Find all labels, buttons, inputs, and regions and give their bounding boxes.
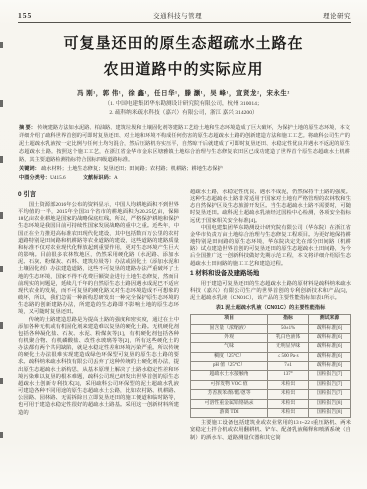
table-cell: 疏科标准[6] xyxy=(308,333,350,342)
classification-line: 中图分类号：U415.6 文献标识码：A xyxy=(19,174,350,182)
affiliation-line: （1. 中国电建集团华东勘测设计研究院有限公司，杭州 310014； xyxy=(0,100,367,109)
affiliations: （1. 中国电建集团华东勘测设计研究院有限公司，杭州 310014； 2. 疏科… xyxy=(0,100,367,117)
table-row: 气味无明显异味疏科标准[6] xyxy=(191,343,351,352)
table-body: 固含量（浓缩液）50±1%疏科标准[6]外观乳白色液体疏科标准[6]气味无明显异… xyxy=(191,324,351,418)
table-row: 稠度（25℃）≤ 500 Pa·s疏科标准[6] xyxy=(191,352,351,361)
clc-label: 中图分类号： xyxy=(19,175,50,181)
table-cell: 可溶性重金属铅铬镉汞 xyxy=(191,399,268,408)
table-cell: ≤ 500 Pa·s xyxy=(268,352,309,361)
table-cell: 50±1% xyxy=(268,324,309,333)
table-cell: 疏科标准[6] xyxy=(308,352,350,361)
table-cell: 国检报告[7] xyxy=(308,390,350,399)
table-header-cell: 项目 xyxy=(191,315,268,324)
table-cell: 气味 xyxy=(191,343,268,352)
table-1-caption: 表1 泥土超疏水乳液（CN01C）的主要性能指标 xyxy=(190,305,351,312)
doc-code-label: 文献标识码： xyxy=(83,175,114,181)
table-1: 项目 指标 测试来源 固含量（浓缩液）50±1%疏科标准[6]外观乳白色液体疏科… xyxy=(190,314,351,418)
table-cell: 疏科标准[6] xyxy=(308,362,350,371)
table-header-cell: 指标 xyxy=(268,315,309,324)
table-cell: 国检报告[7] xyxy=(308,371,350,380)
scan-artifact xyxy=(0,378,3,384)
paragraph: 国土资源部2016年公布的资料显示，中国人均耕地面积不到世界平均值的一半，201… xyxy=(18,202,179,317)
abstract-label: 摘 要： xyxy=(19,125,36,131)
table-cell: 可挥发物 VOC 值 xyxy=(191,380,268,389)
keywords-text: 疏水材料；土地生态修复；复垦还田；田间路；农村路；机耕路；耕地生态保护 xyxy=(41,166,223,172)
table-cell: 稠度（25℃） xyxy=(191,352,268,361)
abstract-text: 传统建路方法如水泥路、柏油路、建筑垃圾和土壤固化剂等建路工艺给土地和生态环境造成… xyxy=(19,125,350,163)
scan-artifact xyxy=(0,42,3,48)
table-cell: 游离 TDI xyxy=(191,408,268,417)
table-header-row: 项目 指标 测试来源 xyxy=(191,315,351,324)
clc-number: 中图分类号：U415.6 xyxy=(19,175,67,181)
table-cell: 国检报告[8] xyxy=(308,399,350,408)
table-row: 游离 TDI未检出国检报告[8] xyxy=(191,408,351,417)
running-head: 155 交通科技与管理 理论研究 xyxy=(18,11,351,23)
right-column: 超疏水土路，水稳定性优良、遇水不成泥，仍然保持干土路的强度。这种生态超疏水土路非… xyxy=(190,189,351,461)
scan-artifact xyxy=(0,212,3,219)
table-row: 超疏水土水接触角137°国检报告[7] xyxy=(191,371,351,380)
table-cell: pH 值（25℃） xyxy=(191,362,268,371)
table-cell: 外观 xyxy=(191,333,268,342)
page-number: 155 xyxy=(18,11,32,20)
table-cell: 芳香族苯/酚/醛/蒽等 xyxy=(191,390,268,399)
paragraph: 超疏水土路，水稳定性优良、遇水不成泥，仍然保持干土路的强度。这种生态超疏水土路非… xyxy=(190,189,351,225)
table-cell: 乳白色液体 xyxy=(268,333,309,342)
section-label: 理论研究 xyxy=(323,11,351,20)
table-cell: 137° xyxy=(268,371,309,380)
table-cell: 未检出 xyxy=(268,380,309,389)
body-columns: 0 引言 国土资源部2016年公布的资料显示，中国人均耕地面积不到世界平均值的一… xyxy=(18,189,351,461)
table-cell: 超疏水土水接触角 xyxy=(191,371,268,380)
table-row: 芳香族苯/酚/醛/蒽等未检出国检报告[7] xyxy=(191,390,351,399)
article-title-line2: 农田道路中的实际应用 xyxy=(0,58,367,79)
scan-artifact xyxy=(0,156,3,163)
table-cell: 国检报告[8] xyxy=(308,408,350,417)
abstract: 摘 要： 传统建路方法如水泥路、柏油路、建筑垃圾和土壤固化剂等建路工艺给土地和生… xyxy=(19,124,350,164)
table-row: 可挥发物 VOC 值未检出国检报告[7] xyxy=(191,380,351,389)
table-cell: 疏科标准[6] xyxy=(308,324,350,333)
doc-code: 文献标识码：A xyxy=(83,175,118,181)
affiliation-line: 2. 疏科纳米疏水科技（嘉兴）有限公司，浙江 嘉兴 314200） xyxy=(0,109,367,118)
journal-title: 交通科技与管理 xyxy=(153,11,202,20)
scan-artifact xyxy=(0,432,3,438)
keywords: 关键词： 疏水材料；土地生态修复；复垦还田；田间路；农村路；机耕路；耕地生态保护 xyxy=(19,165,350,173)
table-cell: 疏科标准[6] xyxy=(308,343,350,352)
article-title-line1: 可复垦还田的原生态超疏水土路在 xyxy=(0,32,367,53)
table-cell: 未检出 xyxy=(268,399,309,408)
left-column: 0 引言 国土资源部2016年公布的资料显示，中国人均耕地面积不到世界平均值的一… xyxy=(18,189,179,461)
paragraph: 用于建造可复垦还田的生态超疏水土路的原材料是疏科纳米疏水科技（嘉兴）有限公司生产… xyxy=(190,281,351,302)
doc-code-value: A xyxy=(114,175,118,181)
table-row: 可溶性重金属铅铬镉汞未检出国检报告[8] xyxy=(191,399,351,408)
clc-value: U415.6 xyxy=(50,175,65,181)
table-cell: 固含量（浓缩液） xyxy=(191,324,268,333)
scan-artifact xyxy=(0,100,3,107)
table-cell: 无明显异味 xyxy=(268,343,309,352)
table-header-cell: 测试来源 xyxy=(308,315,350,324)
paragraph: 中国电建集团华东勘测设计研究院有限公司（华东院）在浙江省金华市负责万亩土地综合治… xyxy=(190,225,351,268)
table-row: 外观乳白色液体疏科标准[6] xyxy=(191,333,351,342)
keywords-label: 关键词： xyxy=(19,166,40,172)
author-list: 冯 刚¹，郭 伟¹，徐 鑫¹，任日华¹，滕 灏¹，吴 峰¹，宣贤龙²，宋永生² xyxy=(0,88,367,97)
scan-artifact xyxy=(0,266,3,272)
table-cell: 未检出 xyxy=(268,408,309,417)
table-row: pH 值（25℃）7±1疏科标准[6] xyxy=(191,362,351,371)
paragraph: 主要施工设备包括建筑业或农业常用的13 t~22 t重压路机、两米宽稳定土拌合机… xyxy=(190,420,351,441)
scanned-paper-page: 155 交通科技与管理 理论研究 可复垦还田的原生态超疏水土路在 农田道路中的实… xyxy=(0,0,367,489)
table-cell: 7±1 xyxy=(268,362,309,371)
section-1-heading: 1 材料和设备及建路场地 xyxy=(190,269,351,278)
paragraph: 传统的土路建造思路是为提高土路的强度和密实度，通过在土中添加各种无机或有机固化剂… xyxy=(18,317,179,417)
scan-artifact xyxy=(0,322,3,329)
table-cell: 未检出 xyxy=(268,390,309,399)
table-cell: 国检报告[7] xyxy=(308,380,350,389)
section-0-heading: 0 引言 xyxy=(18,190,179,199)
table-row: 固含量（浓缩液）50±1%疏科标准[6] xyxy=(191,324,351,333)
